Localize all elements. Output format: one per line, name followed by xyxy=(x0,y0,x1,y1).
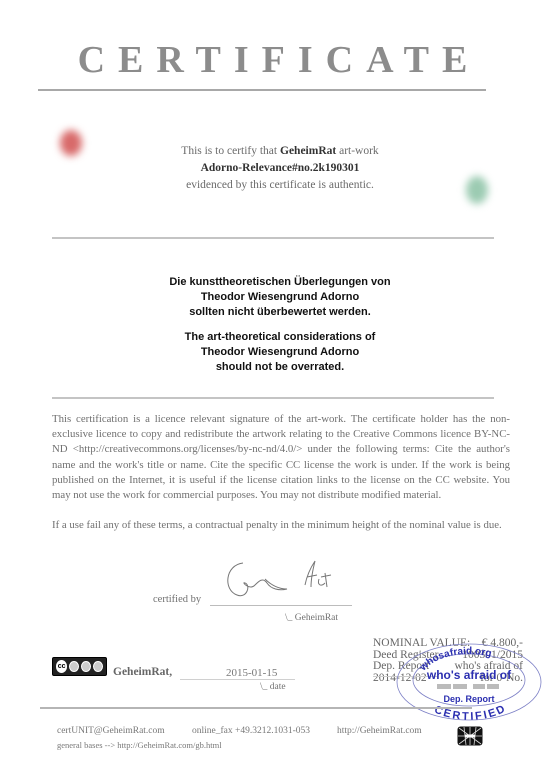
footer-general-bases[interactable]: general bases --> http://GeheimRat.com/g… xyxy=(57,740,222,750)
signature-line[interactable] xyxy=(210,605,352,606)
certified-by-label: certified by xyxy=(153,594,201,605)
flag-emblem-icon xyxy=(457,726,483,746)
svg-text:Dep. Report: Dep. Report xyxy=(443,694,494,704)
cc-icon: cc xyxy=(56,660,67,673)
artwork-id: Adorno-Relevance#no.2k190301 xyxy=(201,162,360,174)
issuer-name: GeheimRat, xyxy=(113,666,172,678)
licence-text: This certification is a licence relevant… xyxy=(52,412,510,548)
statement-english: The art-theoretical considerations of Th… xyxy=(100,330,460,375)
nc-icon xyxy=(81,661,91,672)
statement-german: Die kunsttheoretischen Überlegungen von … xyxy=(100,275,460,320)
certification-intro: This is to certify that GeheimRat art-wo… xyxy=(100,143,460,194)
footer-email[interactable]: certUNIT@GeheimRat.com xyxy=(57,726,165,736)
certificate-title: CERTIFICATE xyxy=(0,38,545,82)
artist-name: GeheimRat xyxy=(280,145,336,157)
footer-website[interactable]: http://GeheimRat.com xyxy=(337,726,422,736)
divider-middle xyxy=(52,397,494,399)
footer-fax: online_fax +49.3212.1031-053 xyxy=(192,726,310,736)
footer-divider xyxy=(40,707,472,709)
issue-date: 2015-01-15 xyxy=(226,667,277,679)
by-icon xyxy=(69,661,79,672)
title-divider xyxy=(38,89,486,91)
penalty-clause: If a use fail any of these terms, a cont… xyxy=(52,518,510,533)
red-mark xyxy=(60,130,82,156)
signature-icon xyxy=(215,555,345,605)
nd-icon xyxy=(93,661,103,672)
date-caption: \_ date xyxy=(260,682,286,692)
date-line xyxy=(180,679,295,680)
licence-terms: This certification is a licence relevant… xyxy=(52,412,510,503)
signer-caption: \_ GeheimRat xyxy=(285,613,338,623)
certified-stamp-icon: whosafraid.org who's afraid of Dep. Repo… xyxy=(393,640,545,725)
cc-license-badge[interactable]: cc xyxy=(52,657,107,676)
svg-text:who's afraid of: who's afraid of xyxy=(426,668,512,682)
artwork-statement: Die kunsttheoretischen Überlegungen von … xyxy=(100,275,460,385)
green-mark xyxy=(466,176,488,204)
svg-text:CERTIFIED: CERTIFIED xyxy=(432,702,508,723)
divider-top xyxy=(52,237,494,239)
